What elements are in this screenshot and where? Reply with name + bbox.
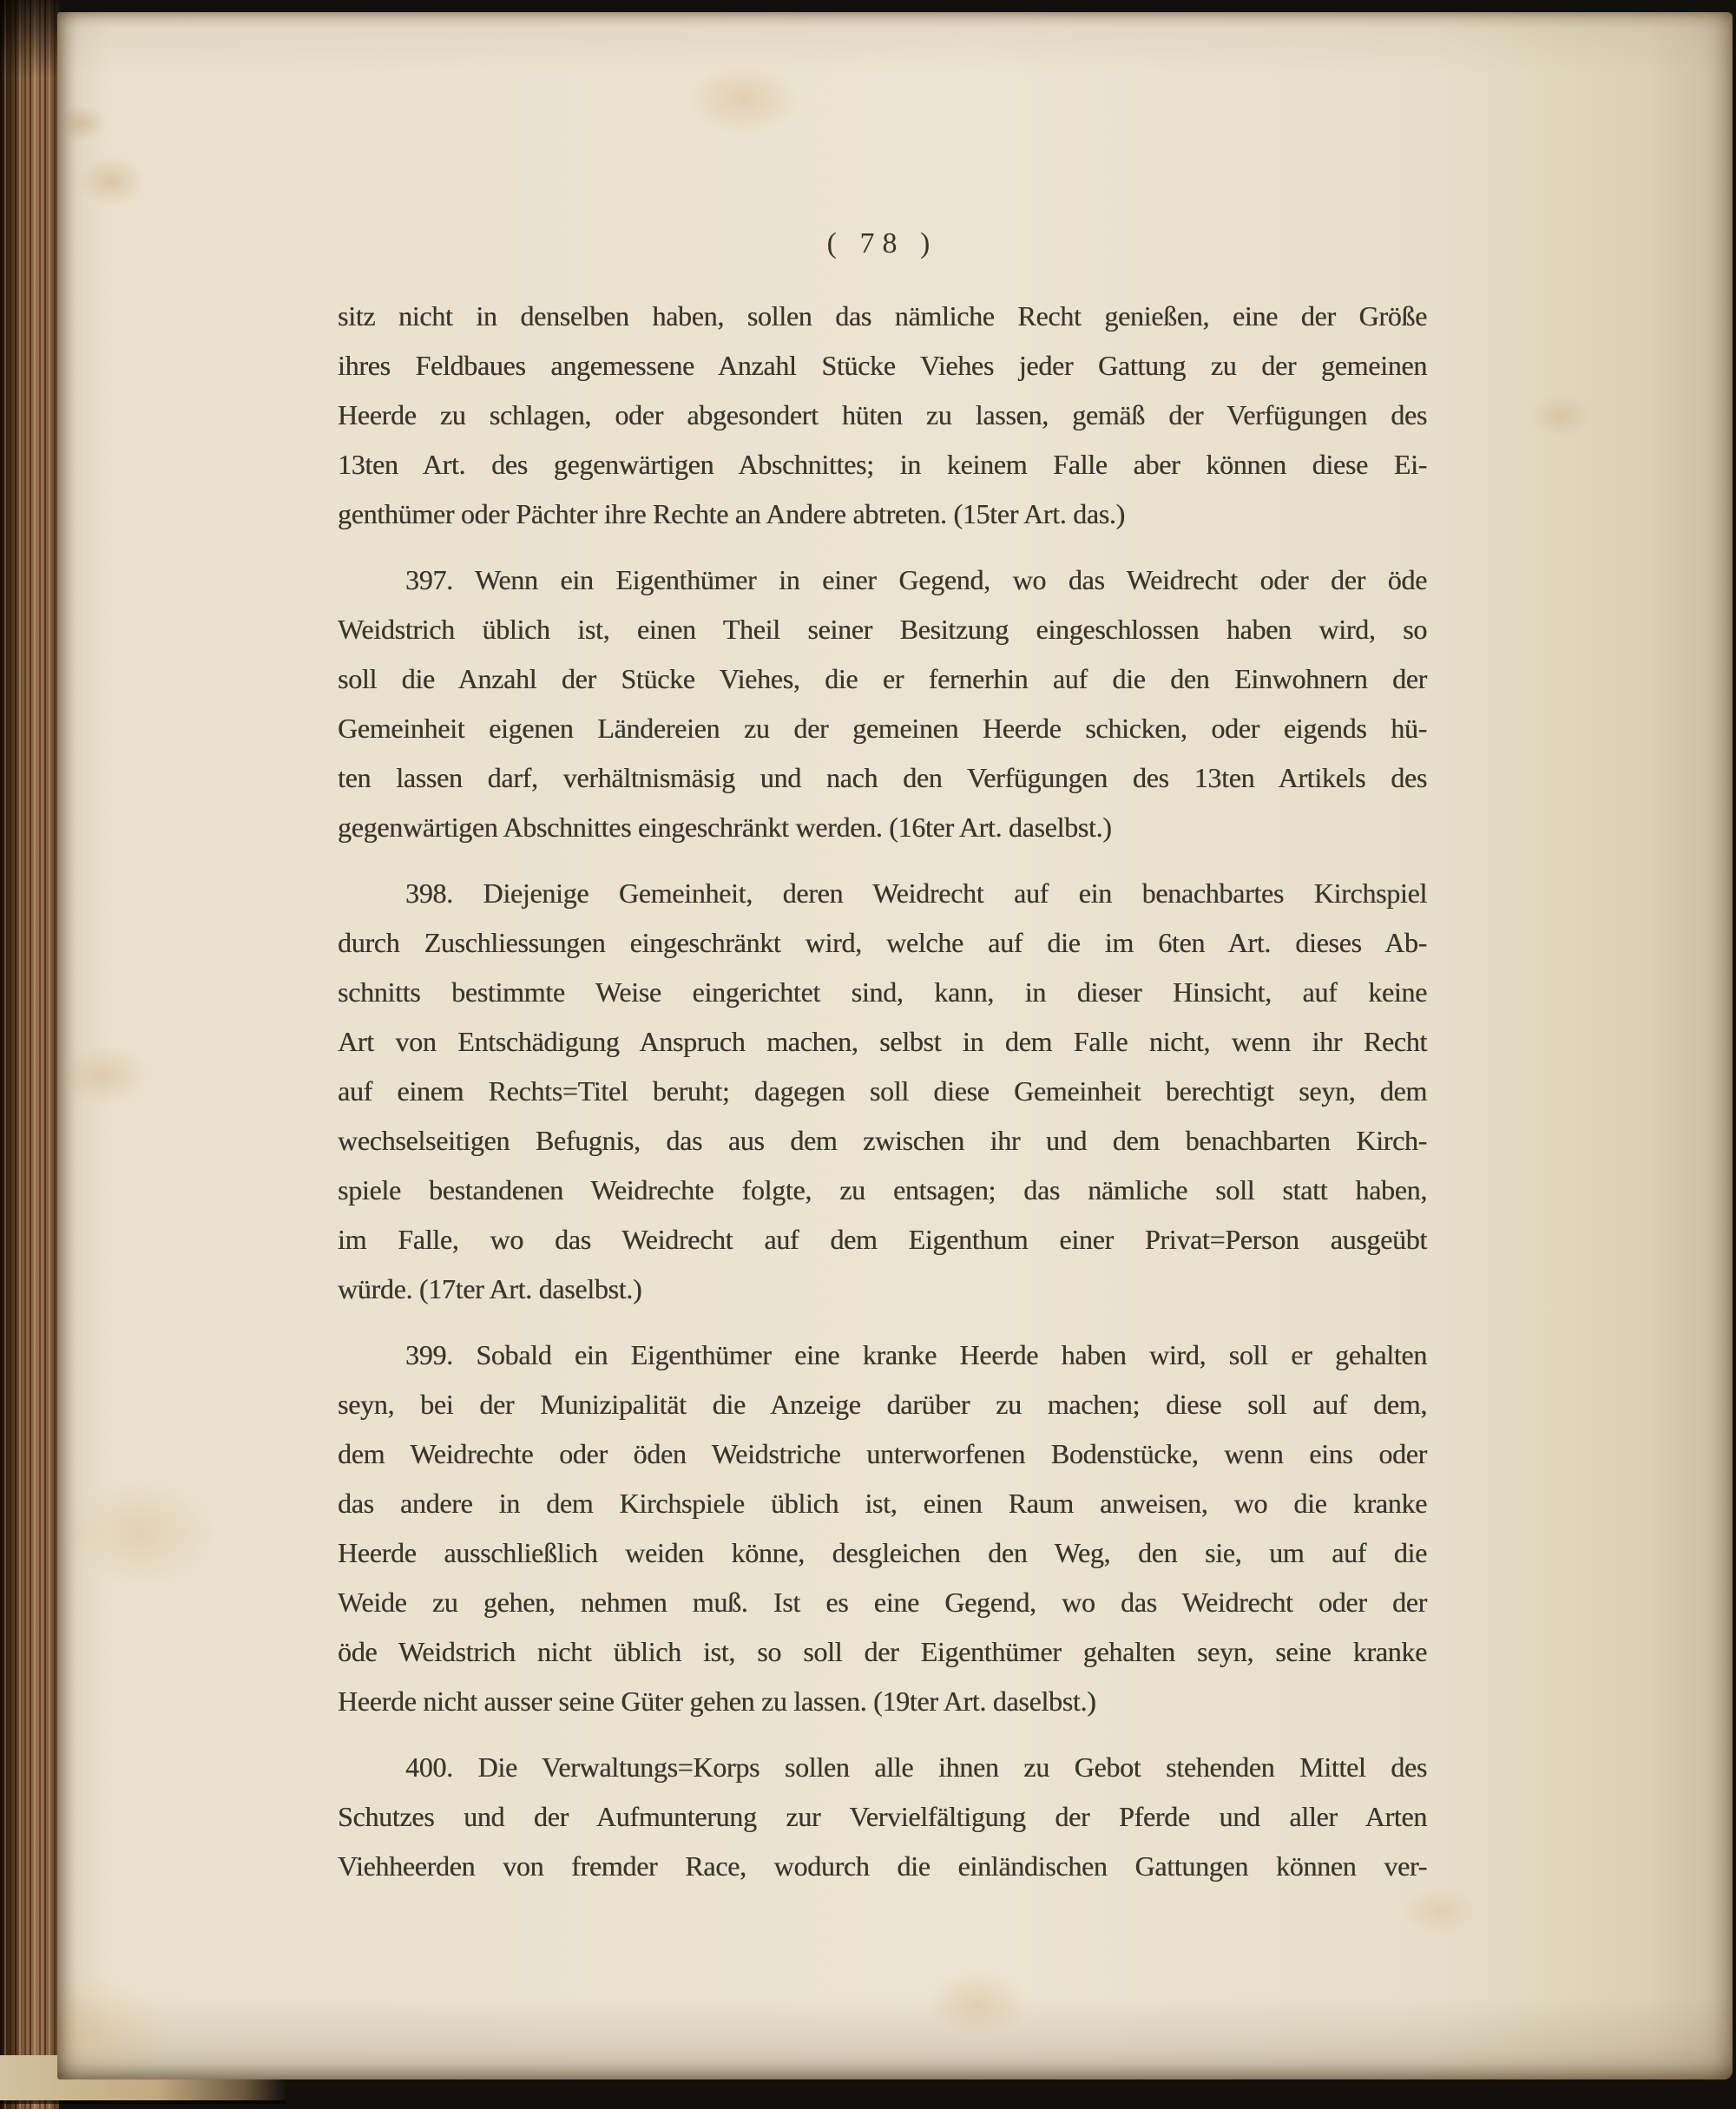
- book-page: ( 78 ) sitz nicht in denselben haben, so…: [57, 12, 1733, 2079]
- text-line: seyn, bei der Munizipalität die Anzeige …: [338, 1380, 1427, 1429]
- text-line: Weidstrich üblich ist, einen Theil seine…: [338, 605, 1427, 654]
- text-line: genthümer oder Pächter ihre Rechte an An…: [338, 489, 1427, 539]
- text-line: dem Weidrechte oder öden Weidstriche unt…: [338, 1429, 1427, 1479]
- text-line: Weide zu gehen, nehmen muß. Ist es eine …: [338, 1578, 1427, 1627]
- paragraph-continuation: sitz nicht in denselben haben, sollen da…: [338, 292, 1427, 539]
- book-spine-page-edges: [0, 0, 59, 2109]
- paragraph-398: 398. Diejenige Gemeinheit, deren Weidrec…: [338, 869, 1427, 1314]
- text-line: durch Zuschliessungen eingeschränkt wird…: [338, 918, 1427, 968]
- text-line: 399. Sobald ein Eigenthümer eine kranke …: [338, 1330, 1427, 1380]
- paragraph-399: 399. Sobald ein Eigenthümer eine kranke …: [338, 1330, 1427, 1726]
- text-line: gegenwärtigen Abschnittes eingeschränkt …: [338, 803, 1427, 852]
- text-line: Heerde zu schlagen, oder abgesondert hüt…: [338, 391, 1427, 440]
- text-line: wechselseitigen Befugnis, das aus dem zw…: [338, 1116, 1427, 1166]
- text-line: 397. Wenn ein Eigenthümer in einer Gegen…: [338, 555, 1427, 605]
- text-line: ten lassen darf, verhältnismäsig und nac…: [338, 753, 1427, 803]
- text-line: soll die Anzahl der Stücke Viehes, die e…: [338, 654, 1427, 704]
- text-line: im Falle, wo das Weidrecht auf dem Eigen…: [338, 1215, 1427, 1265]
- text-line: 13ten Art. des gegenwärtigen Abschnittes…: [338, 440, 1427, 489]
- text-line: schnitts bestimmte Weise eingerichtet si…: [338, 968, 1427, 1017]
- text-line: würde. (17ter Art. daselbst.): [338, 1265, 1427, 1314]
- text-line: Viehheerden von fremder Race, wodurch di…: [338, 1842, 1427, 1891]
- text-line: sitz nicht in denselben haben, sollen da…: [338, 292, 1427, 341]
- paragraph-397: 397. Wenn ein Eigenthümer in einer Gegen…: [338, 555, 1427, 852]
- text-line: spiele bestandenen Weidrechte folgte, zu…: [338, 1166, 1427, 1215]
- scanned-book-photo: ( 78 ) sitz nicht in denselben haben, so…: [0, 0, 1736, 2109]
- text-line: öde Weidstrich nicht üblich ist, so soll…: [338, 1627, 1427, 1677]
- text-line: Heerde ausschließlich weiden könne, desg…: [338, 1528, 1427, 1578]
- text-line: 400. Die Verwaltungs=Korps sollen alle i…: [338, 1743, 1427, 1792]
- text-line: Gemeinheit eigenen Ländereien zu der gem…: [338, 704, 1427, 753]
- page-text-block: sitz nicht in denselben haben, sollen da…: [338, 292, 1427, 1891]
- text-line: Art von Entschädigung Anspruch machen, s…: [338, 1017, 1427, 1067]
- text-line: das andere in dem Kirchspiele üblich ist…: [338, 1479, 1427, 1528]
- page-number: ( 78 ): [338, 227, 1427, 260]
- text-line: Schutzes und der Aufmunterung zur Vervie…: [338, 1792, 1427, 1842]
- text-line: 398. Diejenige Gemeinheit, deren Weidrec…: [338, 869, 1427, 918]
- text-line: auf einem Rechts=Titel beruht; dagegen s…: [338, 1067, 1427, 1116]
- text-line: Heerde nicht ausser seine Güter gehen zu…: [338, 1677, 1427, 1726]
- paragraph-400: 400. Die Verwaltungs=Korps sollen alle i…: [338, 1743, 1427, 1891]
- text-line: ihres Feldbaues angemessene Anzahl Stück…: [338, 341, 1427, 391]
